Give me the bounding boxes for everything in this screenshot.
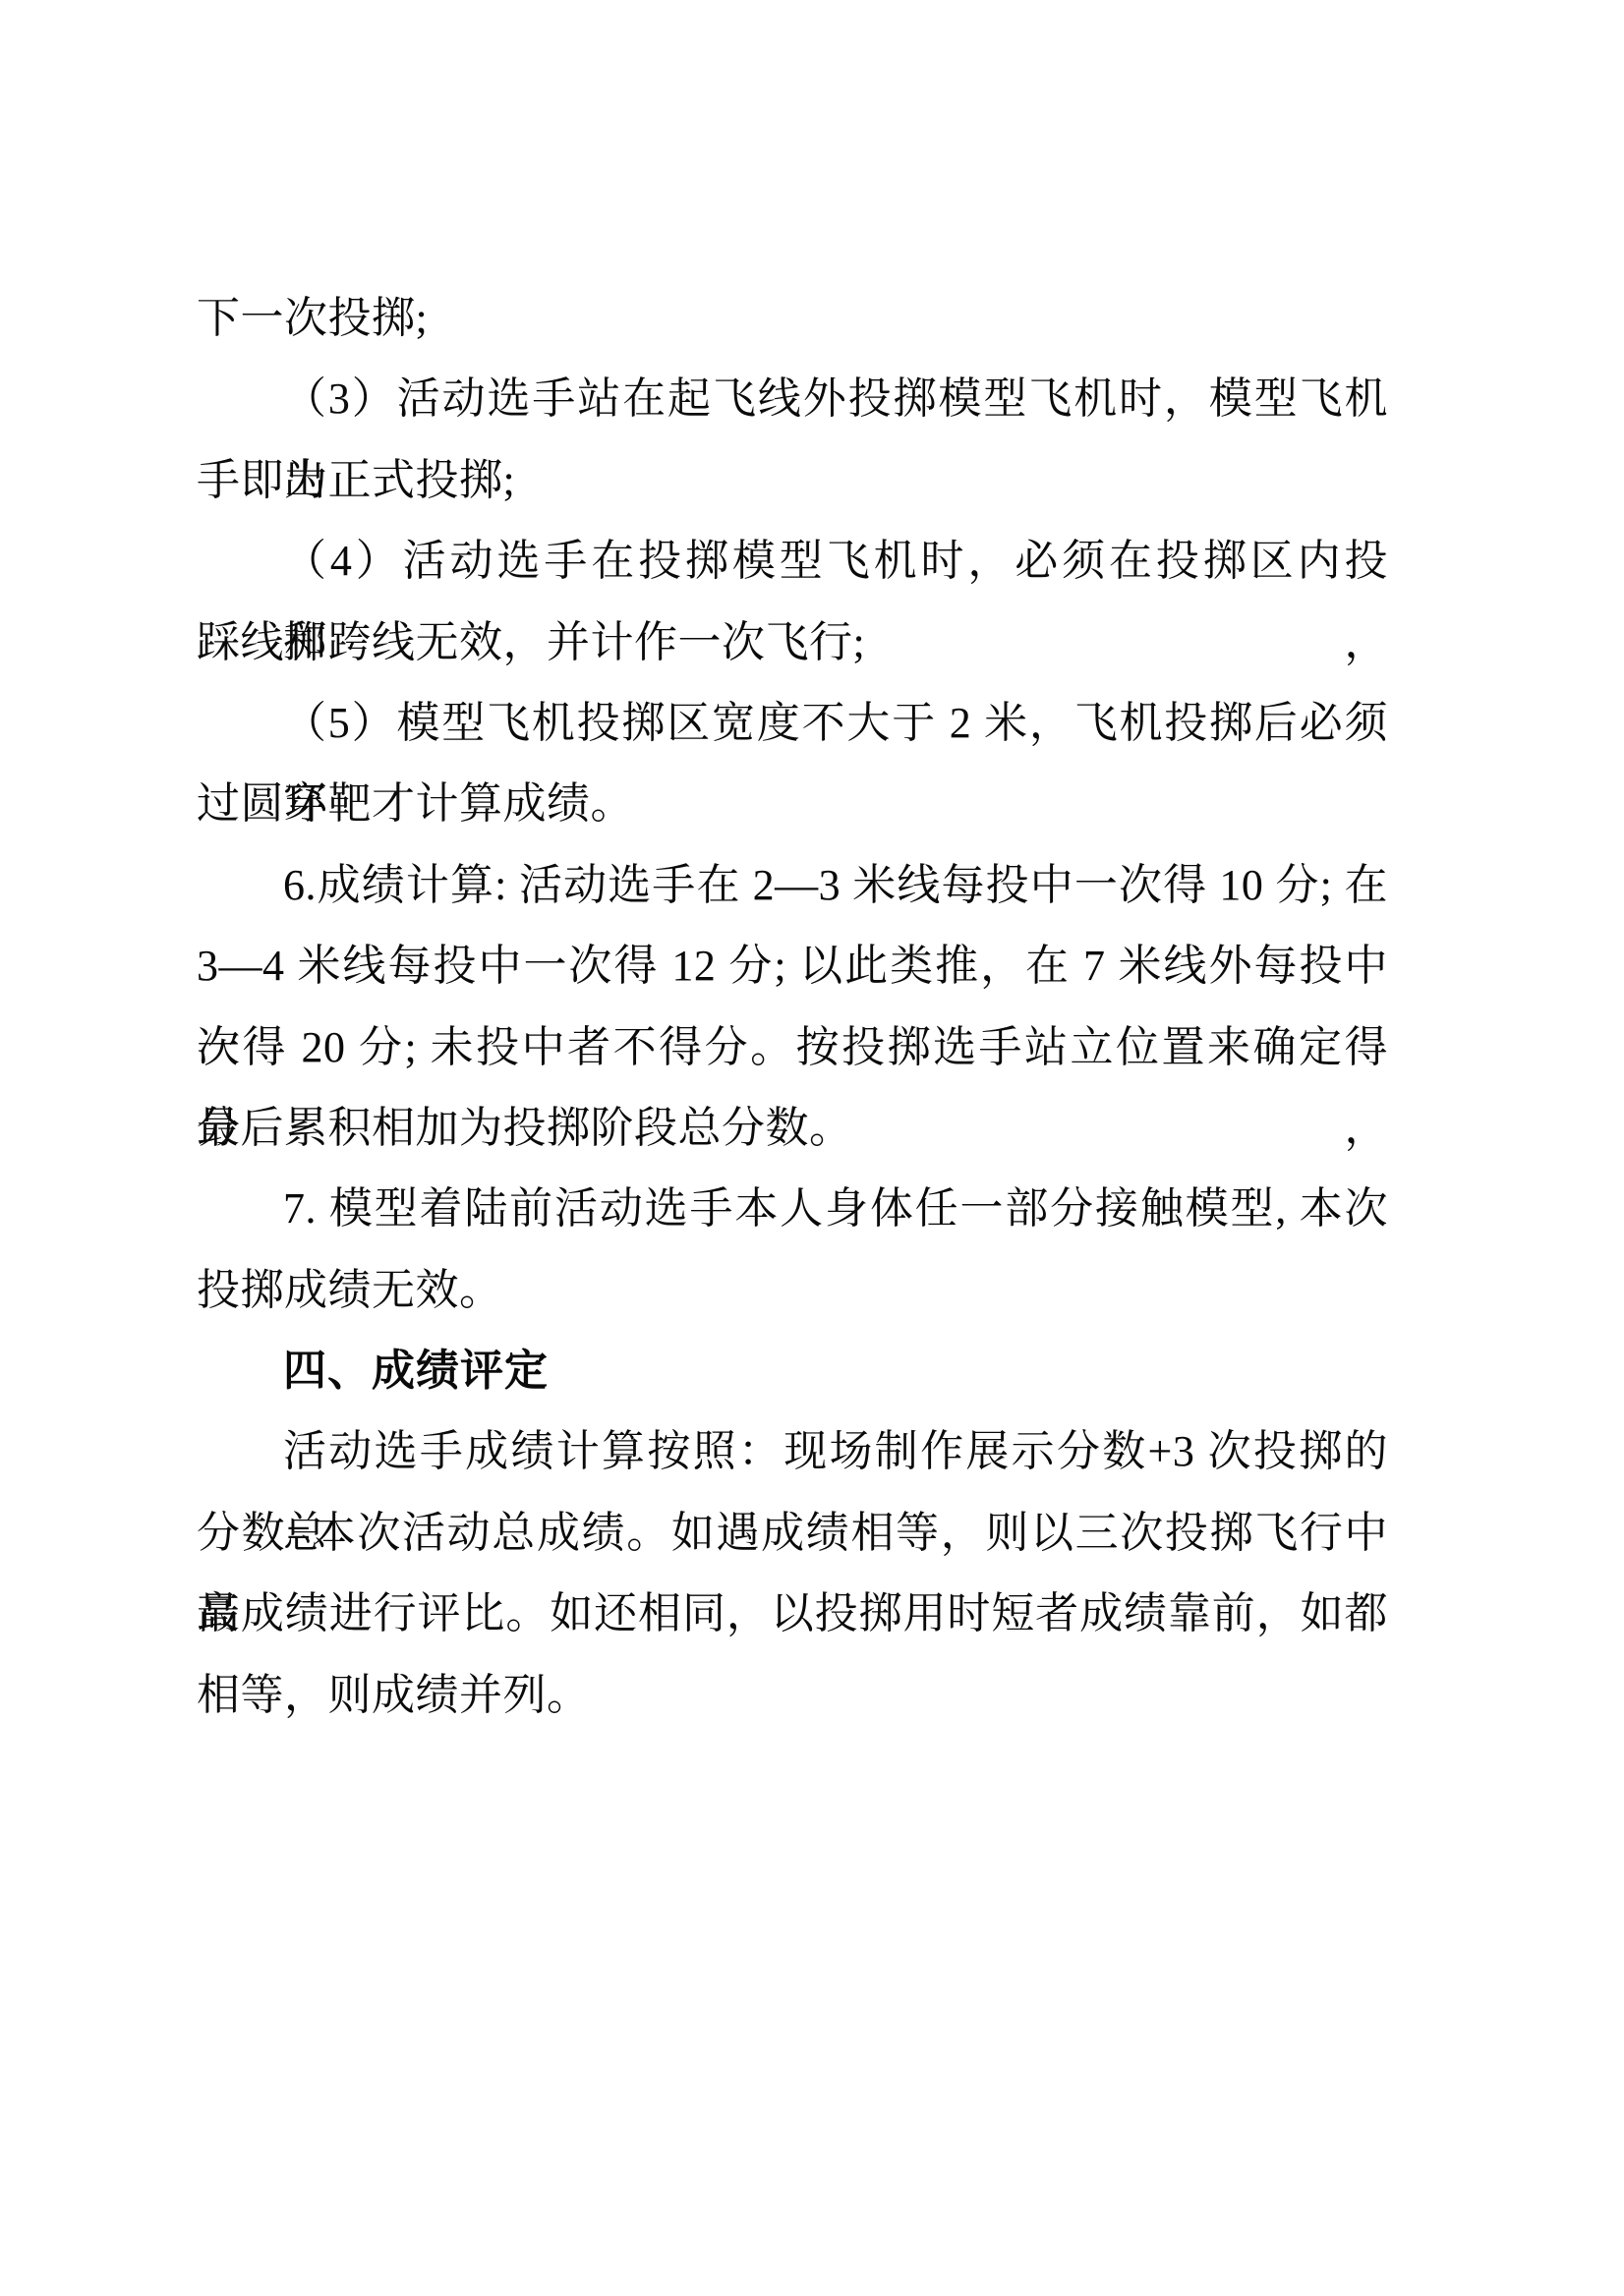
section-heading: 四、成绩评定 [197,1331,1388,1411]
text-line: （4）活动选手在投掷模型飞机时，必须在投掷区内投掷， [197,521,1388,602]
text-line: （5）模型飞机投掷区宽度不大于 2 米，飞机投掷后必须穿 [197,683,1388,764]
text-line: 6.成绩计算: 活动选手在 2—3 米线每投中一次得 10 分; 在 [197,845,1388,926]
document-body: 下一次投掷;（3）活动选手站在起飞线外投掷模型飞机时，模型飞机出手即为正式投掷;… [197,278,1388,1736]
text-line: 手即为正式投掷; [197,440,1388,521]
text-line: 次得 20 分; 未投中者不得分。按投掷选手站立位置来确定得分， [197,1007,1388,1088]
text-line: 分数=本次活动总成绩。如遇成绩相等，则以三次投掷飞行中最 [197,1493,1388,1574]
text-line: 活动选手成绩计算按照：现场制作展示分数+3 次投掷的总 [197,1411,1388,1492]
text-line: 7. 模型着陆前活动选手本人身体任一部分接触模型, 本次 [197,1169,1388,1249]
text-line: 投掷成绩无效。 [197,1250,1388,1331]
text-line: 高成绩进行评比。如还相同，以投掷用时短者成绩靠前，如都 [197,1574,1388,1654]
text-line: 3—4 米线每投中一次得 12 分; 以此类推，在 7 米线外每投中一 [197,926,1388,1006]
text-line: 相等，则成绩并列。 [197,1655,1388,1736]
document-page: 下一次投掷;（3）活动选手站在起飞线外投掷模型飞机时，模型飞机出手即为正式投掷;… [0,0,1624,2296]
text-line: 过圆环靶才计算成绩。 [197,764,1388,844]
text-line: 下一次投掷; [197,278,1388,359]
text-line: （3）活动选手站在起飞线外投掷模型飞机时，模型飞机出 [197,359,1388,439]
